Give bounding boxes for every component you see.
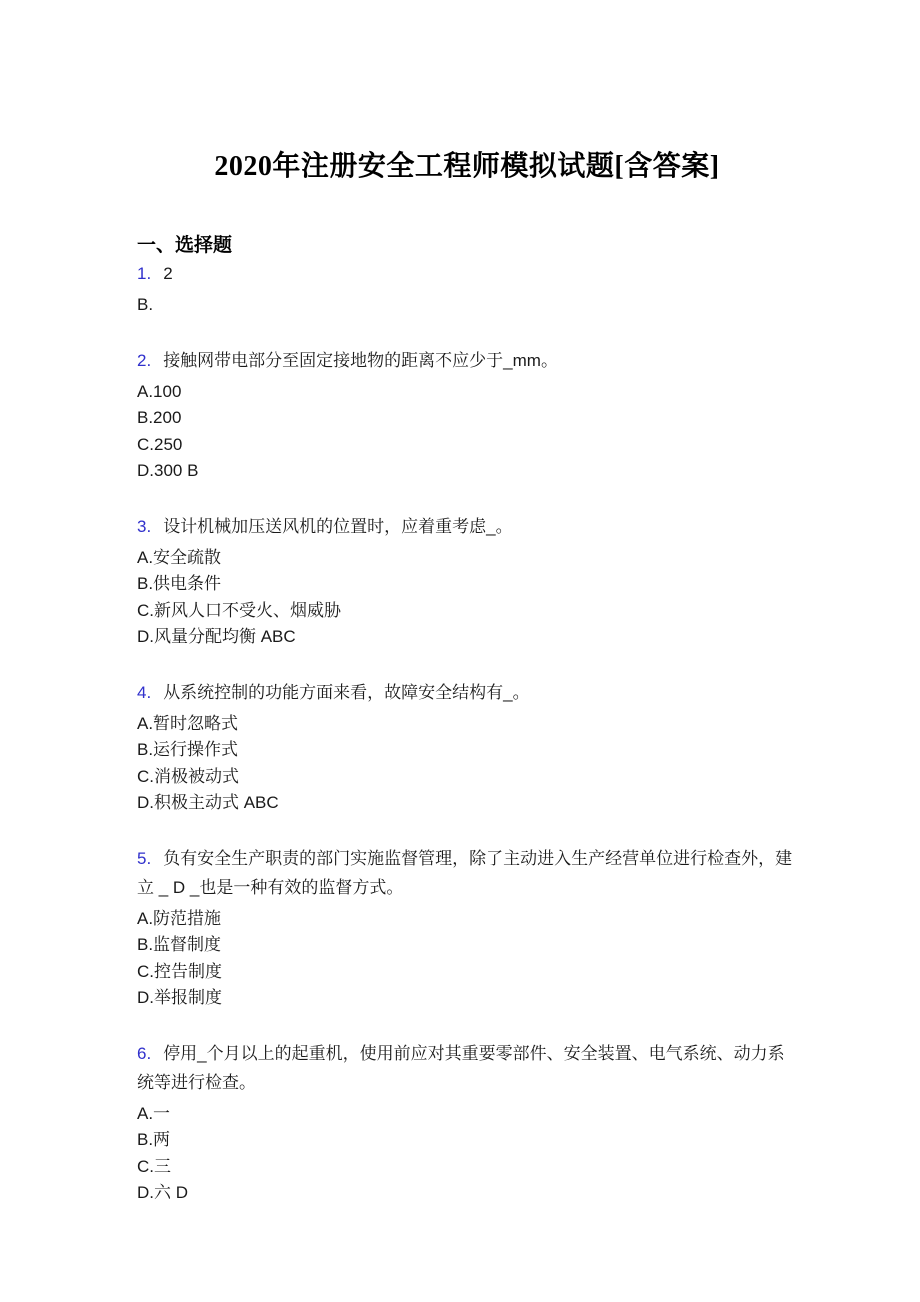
question-number: 1. — [137, 264, 151, 283]
question-text-line: 5.负有安全生产职责的部门实施监督管理，除了主动进入生产经营单位进行检查外，建立… — [137, 844, 797, 902]
option-line: B.运行操作式 — [137, 737, 797, 764]
question-number: 2. — [137, 351, 151, 370]
question-number: 4. — [137, 683, 151, 702]
option-line: B.监督制度 — [137, 932, 797, 959]
option-line: C.控告制度 — [137, 959, 797, 986]
document-page: 2020年注册安全工程师模拟试题[含答案] 一、选择题 1.2B.2.接触网带电… — [0, 0, 920, 1302]
option-line: A.一 — [137, 1101, 797, 1128]
option-line: D.积极主动式 ABC — [137, 790, 797, 817]
option-line: D.六 D — [137, 1180, 797, 1207]
option-line: C.新风人口不受火、烟威胁 — [137, 598, 797, 625]
option-line: A.安全疏散 — [137, 545, 797, 572]
question-text: 负有安全生产职责的部门实施监督管理，除了主动进入生产经营单位进行检查外，建立 _… — [137, 849, 792, 897]
question-number: 6. — [137, 1044, 151, 1063]
option-line: A.防范措施 — [137, 906, 797, 933]
option-line: C.消极被动式 — [137, 764, 797, 791]
option-line: C.250 — [137, 432, 797, 459]
option-line: D.风量分配均衡 ABC — [137, 624, 797, 651]
question-text-line: 2.接触网带电部分至固定接地物的距离不应少于_mm。 — [137, 346, 797, 375]
question-block: 2.接触网带电部分至固定接地物的距离不应少于_mm。A.100B.200C.25… — [137, 346, 797, 485]
option-line: D.300 B — [137, 458, 797, 485]
option-line: B.200 — [137, 405, 797, 432]
option-line: D.举报制度 — [137, 985, 797, 1012]
question-text: 停用_个月以上的起重机，使用前应对其重要零部件、安全装置、电气系统、动力系统等进… — [137, 1044, 785, 1092]
question-text: 从系统控制的功能方面来看，故障安全结构有_。 — [163, 683, 529, 702]
question-number: 5. — [137, 849, 151, 868]
question-block: 1.2B. — [137, 259, 797, 319]
question-block: 6.停用_个月以上的起重机，使用前应对其重要零部件、安全装置、电气系统、动力系统… — [137, 1039, 797, 1207]
question-text: 2 — [163, 264, 172, 283]
option-line: A.暂时忽略式 — [137, 711, 797, 738]
question-block: 5.负有安全生产职责的部门实施监督管理，除了主动进入生产经营单位进行检查外，建立… — [137, 844, 797, 1012]
question-block: 4.从系统控制的功能方面来看，故障安全结构有_。A.暂时忽略式B.运行操作式C.… — [137, 678, 797, 817]
question-block: 3.设计机械加压送风机的位置时，应着重考虑_。A.安全疏散B.供电条件C.新风人… — [137, 512, 797, 651]
question-text: 接触网带电部分至固定接地物的距离不应少于_mm。 — [163, 351, 558, 370]
question-text-line: 1.2 — [137, 259, 797, 288]
question-text: 设计机械加压送风机的位置时，应着重考虑_。 — [163, 517, 512, 536]
option-line: A.100 — [137, 379, 797, 406]
question-number: 3. — [137, 517, 151, 536]
option-line: B. — [137, 292, 797, 319]
section-heading: 一、选择题 — [137, 232, 797, 259]
question-text-line: 3.设计机械加压送风机的位置时，应着重考虑_。 — [137, 512, 797, 541]
option-line: C.三 — [137, 1154, 797, 1181]
option-line: B.供电条件 — [137, 571, 797, 598]
question-list: 1.2B.2.接触网带电部分至固定接地物的距离不应少于_mm。A.100B.20… — [137, 259, 797, 1207]
question-text-line: 4.从系统控制的功能方面来看，故障安全结构有_。 — [137, 678, 797, 707]
question-text-line: 6.停用_个月以上的起重机，使用前应对其重要零部件、安全装置、电气系统、动力系统… — [137, 1039, 797, 1097]
option-line: B.两 — [137, 1127, 797, 1154]
page-title: 2020年注册安全工程师模拟试题[含答案] — [137, 146, 797, 188]
